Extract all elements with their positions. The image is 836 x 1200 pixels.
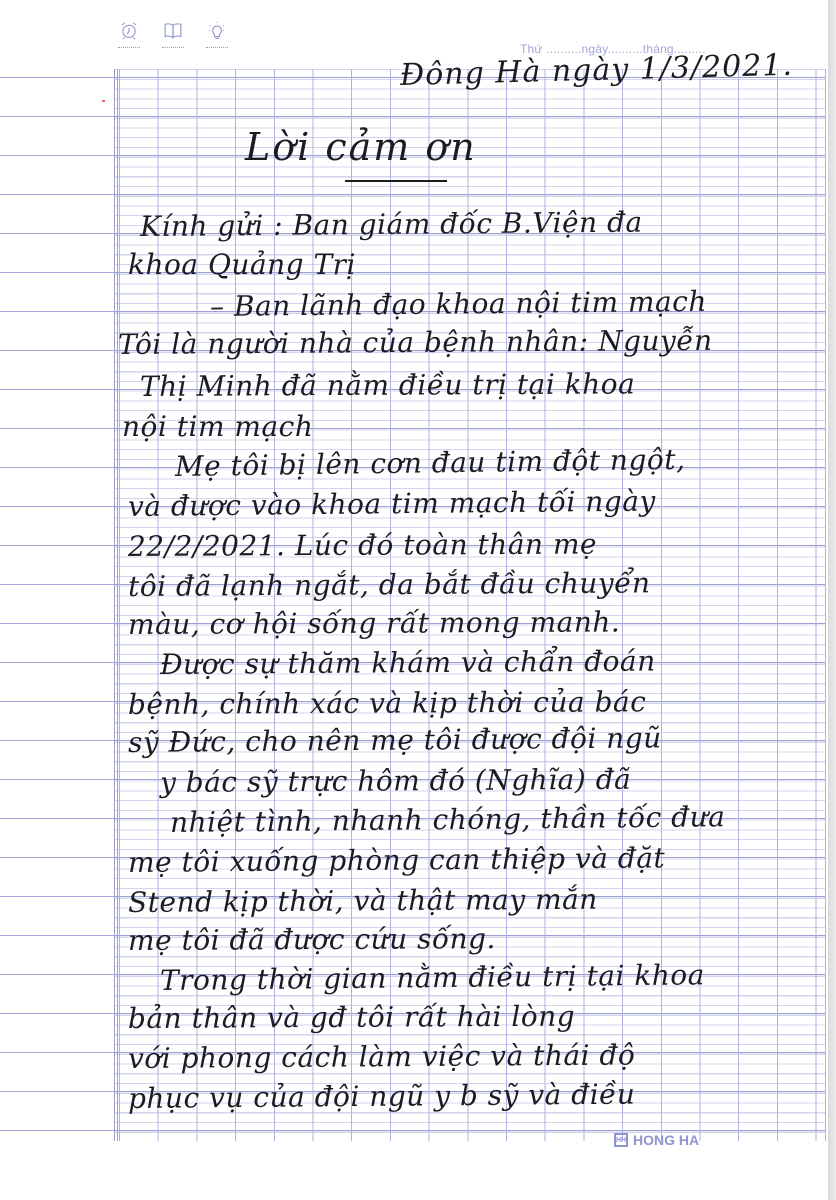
letter-line: Được sự thăm khám và chẩn đoán bbox=[160, 645, 656, 681]
letter-line: Thị Minh đã nằm điều trị tại khoa bbox=[140, 367, 635, 403]
brand-name: HONG HA bbox=[633, 1132, 699, 1148]
title-underline bbox=[345, 180, 447, 182]
letter-line: bản thân và gđ tôi rất hài lòng bbox=[128, 1000, 575, 1035]
letter-line: với phong cách làm việc và thái độ bbox=[128, 1038, 635, 1075]
letter-line: phục vụ của đội ngũ y b sỹ và điều bbox=[128, 1078, 636, 1115]
letter-line: nhiệt tình, nhanh chóng, thần tốc đưa bbox=[170, 800, 726, 839]
open-book-icon bbox=[161, 20, 185, 48]
alarm-clock-icon bbox=[117, 20, 141, 48]
letter-line: màu, cơ hội sống rất mong manh. bbox=[128, 605, 620, 641]
notebook-page: Thứ ..........ngày..........tháng.......… bbox=[0, 0, 828, 1200]
header-icons bbox=[117, 20, 229, 48]
page-edge-shadow bbox=[828, 0, 836, 1200]
letter-line: Trong thời gian nằm điều trị tại khoa bbox=[160, 958, 705, 997]
margin-ruling bbox=[0, 77, 114, 1141]
letter-line: mẹ tôi đã được cứu sống. bbox=[128, 922, 496, 957]
letter-title: Lời cảm ơn bbox=[245, 125, 477, 169]
letter-line: Kính gửi : Ban giám đốc B.Viện đa bbox=[140, 206, 643, 243]
letter-line: 22/2/2021. Lúc đó toàn thân mẹ bbox=[128, 528, 597, 563]
letter-line: bệnh, chính xác và kịp thời của bác bbox=[128, 685, 646, 721]
letter-line: khoa Quảng Trị bbox=[128, 248, 356, 281]
letter-line: tôi đã lạnh ngắt, da bắt đầu chuyển bbox=[128, 566, 651, 603]
letter-line: sỹ Đức, cho nên mẹ tôi được đội ngũ bbox=[128, 721, 662, 759]
brand-mark: HH HONG HA bbox=[614, 1132, 699, 1148]
letter-line: nội tim mạch bbox=[122, 410, 313, 443]
letter-line: mẹ tôi xuống phòng can thiệp và đặt bbox=[128, 841, 665, 879]
letter-line: và được vào khoa tim mạch tối ngày bbox=[128, 484, 656, 523]
letter-line: Tôi là người nhà của bệnh nhân: Nguyễn bbox=[118, 324, 713, 361]
ink-speck bbox=[102, 100, 105, 102]
letter-line: y bác sỹ trực hôm đó (Nghĩa) đã bbox=[160, 763, 631, 799]
hongha-logo-icon: HH bbox=[614, 1133, 628, 1147]
letter-line: Stend kịp thời, và thật may mắn bbox=[128, 883, 598, 919]
lightbulb-icon bbox=[205, 20, 229, 48]
letter-line: – Ban lãnh đạo khoa nội tim mạch bbox=[210, 285, 707, 323]
